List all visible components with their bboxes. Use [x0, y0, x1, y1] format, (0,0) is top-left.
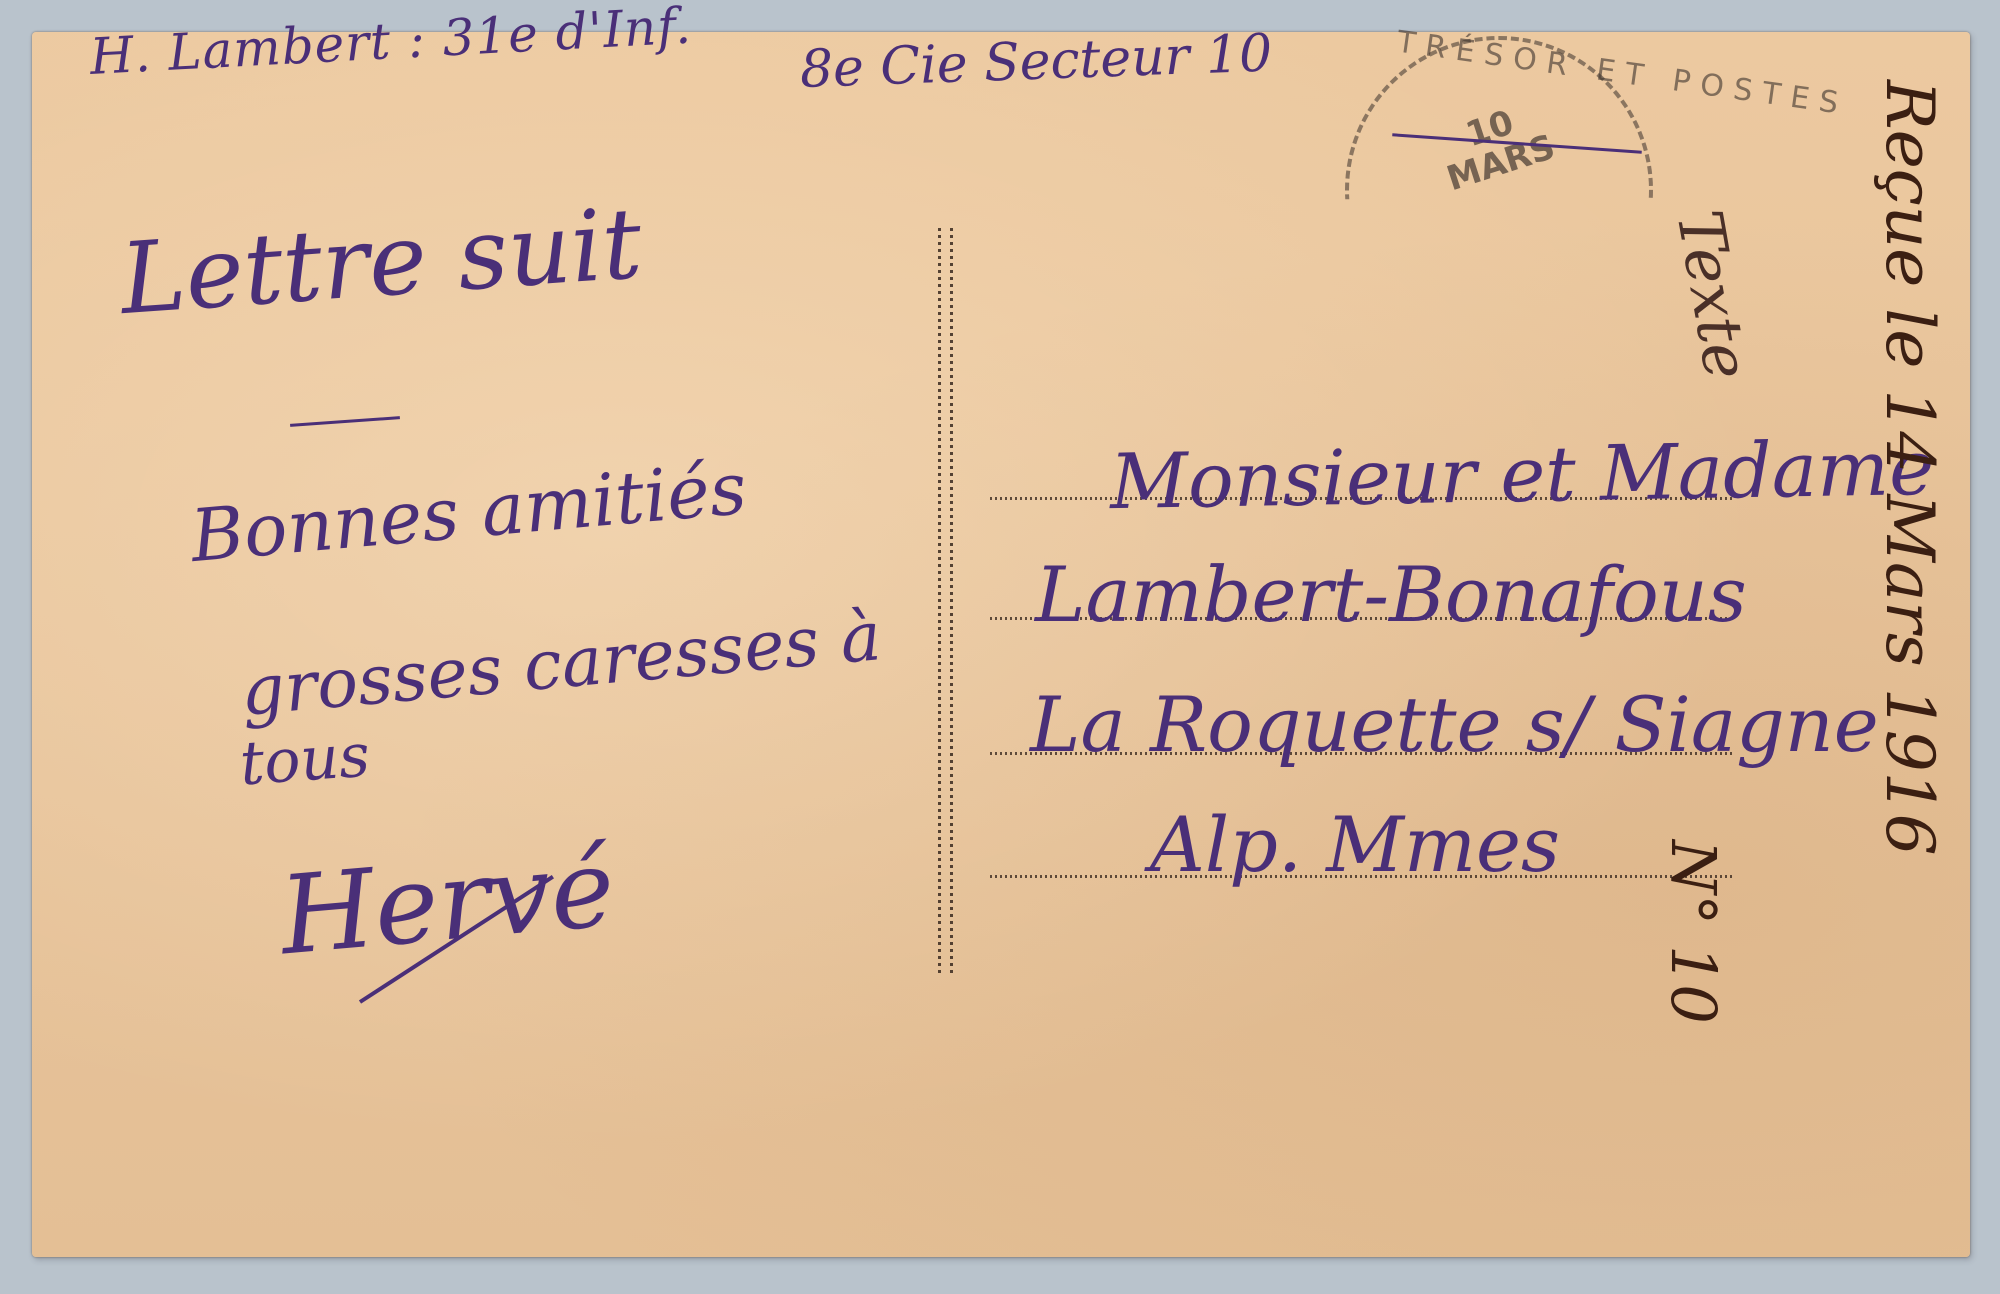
center-divider [938, 228, 954, 973]
address-line-2: Lambert-Bonafous [1035, 550, 1747, 639]
address-line-4: Alp. Mmes [1150, 800, 1560, 889]
number-annotation: N° 10 [1657, 840, 1730, 1024]
message-line-3: tous [238, 721, 372, 800]
received-date-annotation: Reçue le 14 Mars 1916 [1871, 80, 1948, 856]
address-line-1: Monsieur et Madame [1109, 423, 1934, 526]
address-line-3: La Roquette s/ Siagne [1030, 680, 1879, 769]
